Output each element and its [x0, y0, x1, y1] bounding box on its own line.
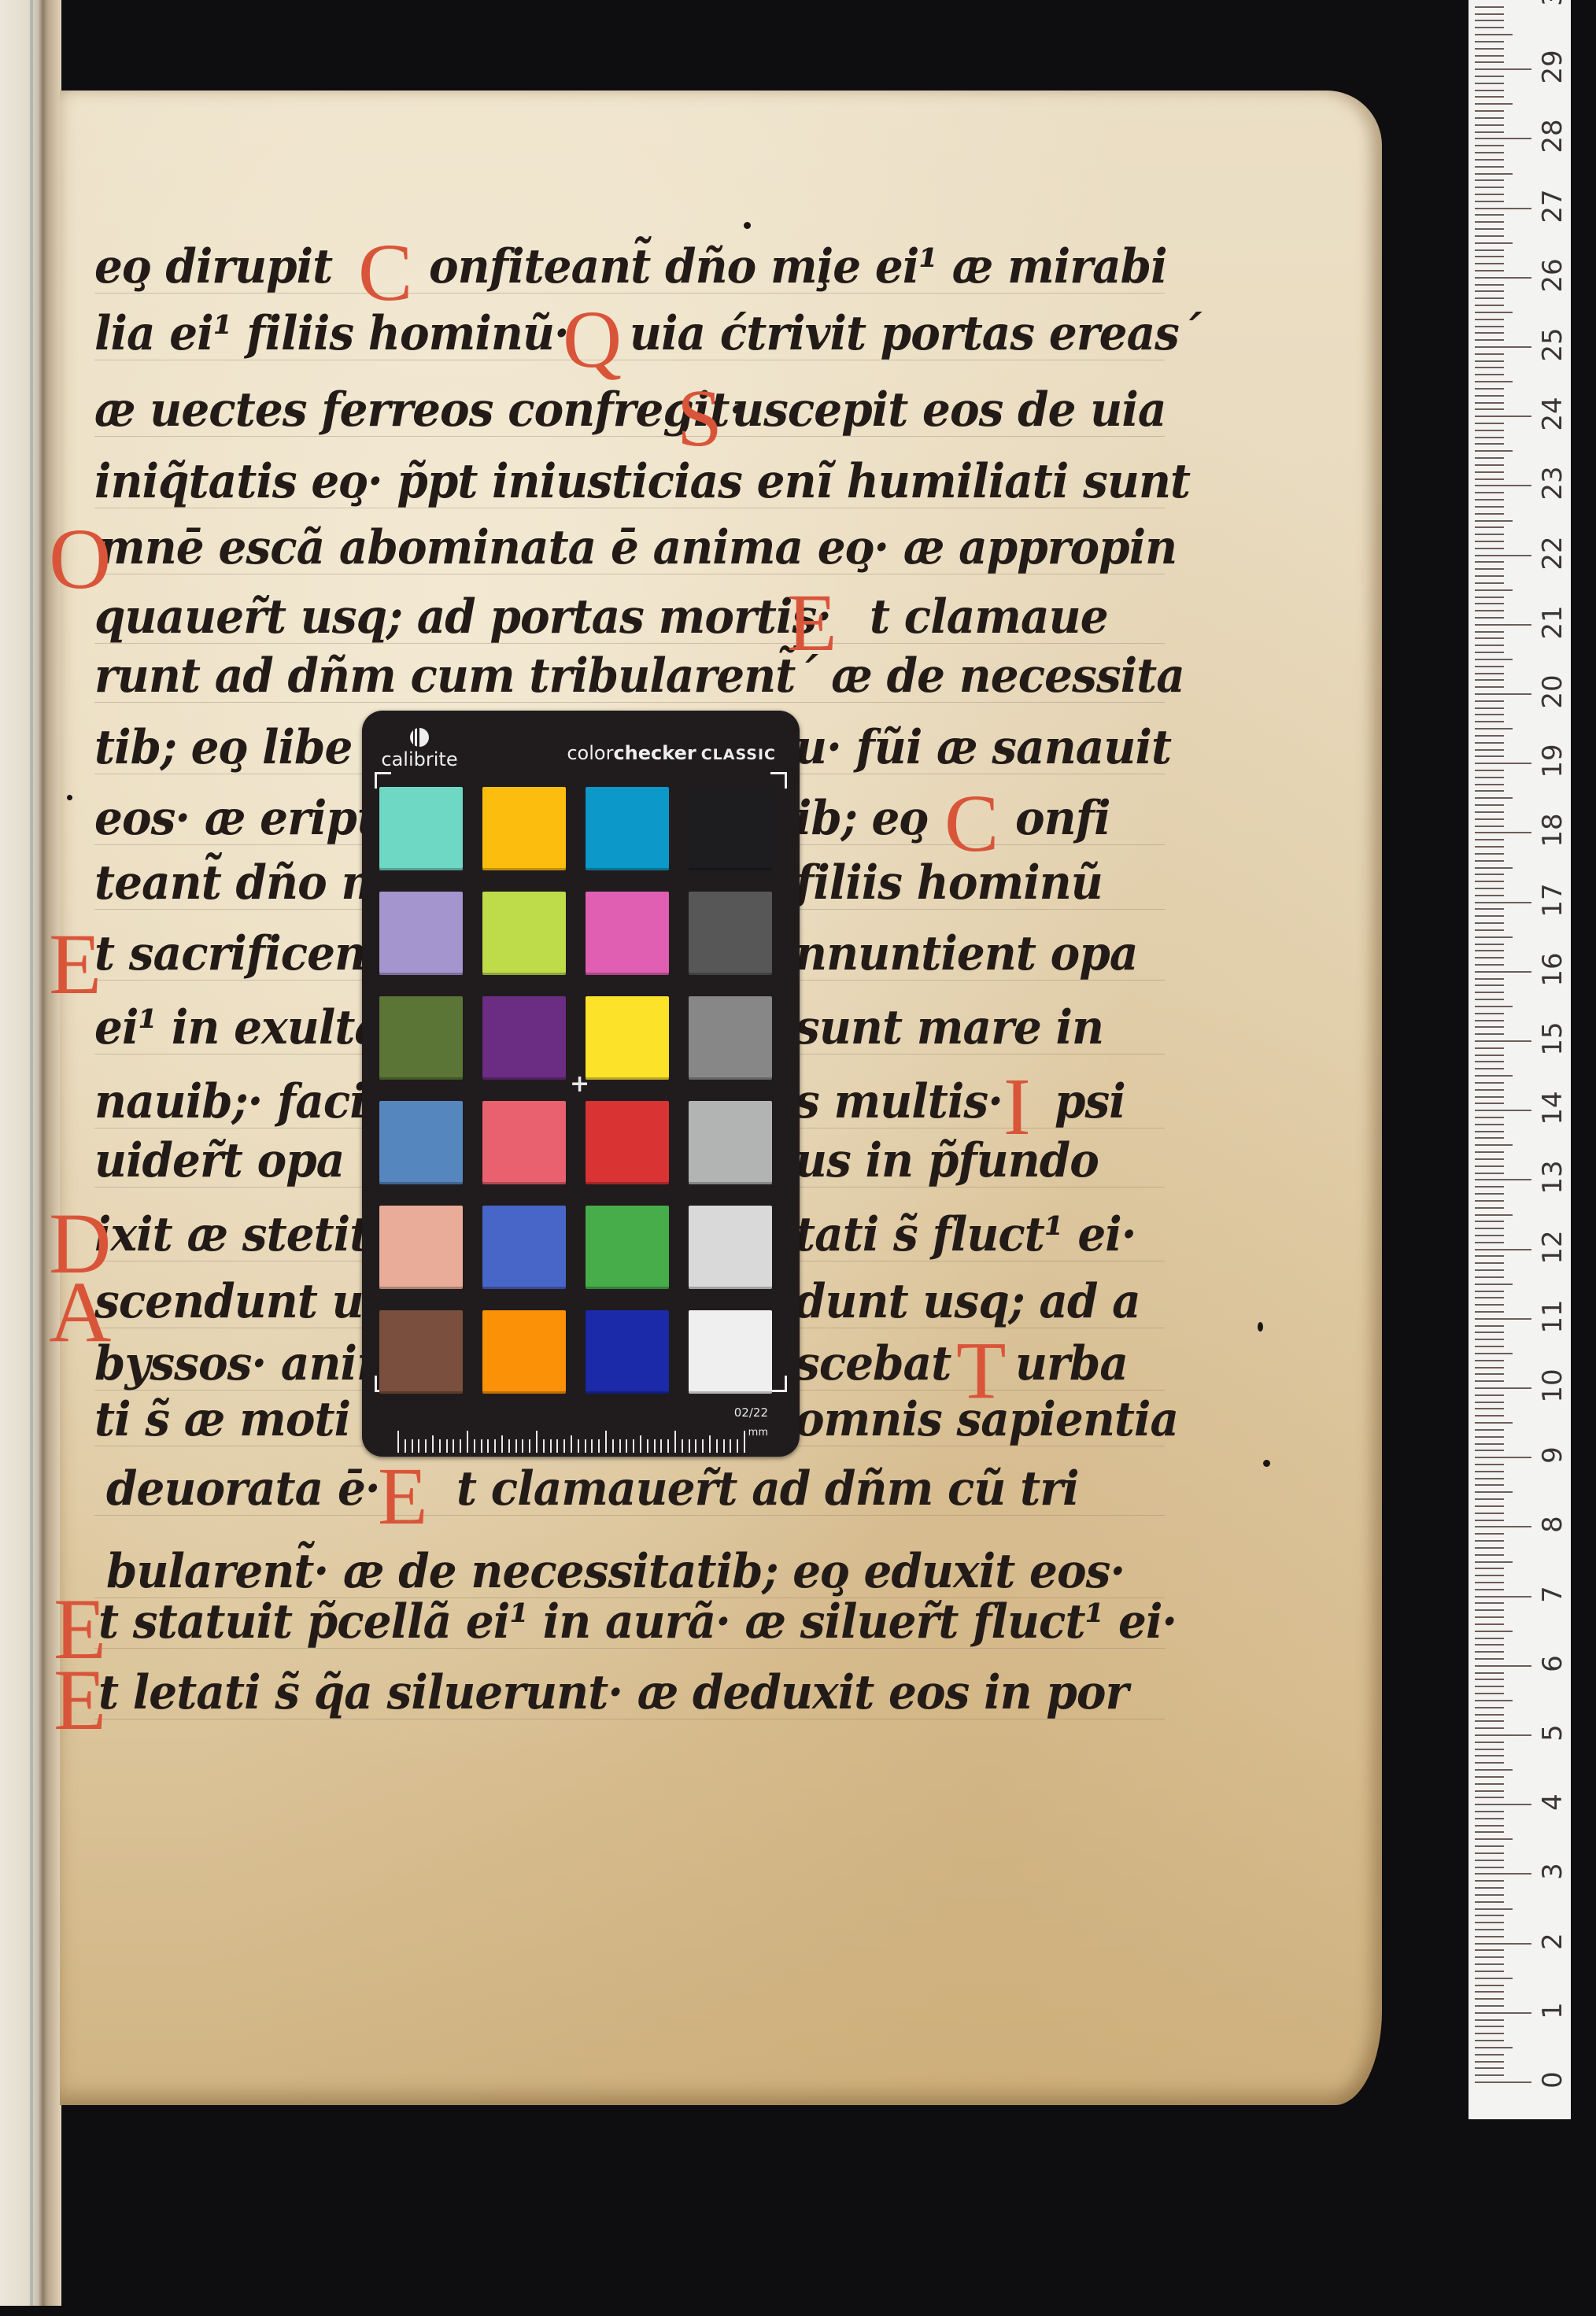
ruler-tick: [1475, 1505, 1504, 1507]
mm-tick: [405, 1439, 406, 1453]
ruler-tick: [1475, 1985, 1504, 1986]
ruler-tick: [1475, 2012, 1531, 2014]
ruler-label: 26: [1537, 256, 1568, 295]
ruler-tick: [1475, 2081, 1531, 2083]
ruler-tick: [1475, 693, 1531, 695]
initial-i: I: [1003, 1066, 1031, 1148]
mm-tick: [508, 1439, 510, 1453]
mm-tick: [460, 1439, 461, 1453]
text-line: psi: [1055, 1074, 1125, 1129]
ruler-tick: [1475, 1513, 1504, 1514]
ruler-tick: [1475, 624, 1531, 626]
color-patch: [586, 787, 669, 870]
ruler-tick: [1475, 999, 1504, 1000]
text-line: onfi: [1015, 791, 1110, 846]
ruler-tick: [1475, 902, 1531, 903]
ruler-label: 16: [1537, 950, 1568, 989]
ruler-tick: [1475, 1484, 1504, 1486]
ruler-tick: [1475, 6, 1504, 8]
ruler-tick: [1475, 1922, 1504, 1923]
ruler-tick: [1475, 1554, 1504, 1556]
ruler-tick: [1475, 1644, 1504, 1646]
ruler-tick: [1475, 575, 1504, 577]
mm-tick: [446, 1439, 448, 1453]
ruler-tick: [1475, 2061, 1504, 2063]
mm-tick: [737, 1439, 738, 1453]
ruler-tick: [1475, 1450, 1504, 1451]
text-line: scebat: [795, 1336, 951, 1391]
color-patch: [482, 892, 566, 975]
ruler-tick: [1475, 1436, 1504, 1438]
ruler-tick: [1475, 1478, 1504, 1479]
ruler-tick: [1475, 416, 1531, 417]
color-patch: [689, 1206, 772, 1289]
ruler-label: 9: [1537, 1435, 1568, 1475]
ruler-label: 21: [1537, 603, 1568, 642]
mm-tick: [453, 1439, 454, 1453]
ruler-tick: [1475, 61, 1504, 63]
ruler-label: 13: [1537, 1158, 1568, 1197]
ruler-tick: [1475, 2019, 1504, 2021]
ruler-tick: [1475, 55, 1504, 57]
mm-tick: [640, 1435, 641, 1453]
ruler-tick: [1475, 1373, 1504, 1375]
ruler-tick: [1475, 1394, 1504, 1396]
ruler-label: 15: [1537, 1019, 1568, 1058]
mm-tick: [585, 1439, 586, 1453]
mm-tick: [591, 1439, 593, 1453]
binding-edge: [30, 0, 33, 2306]
ruler-tick: [1475, 1471, 1504, 1472]
ruler-tick: [1475, 179, 1504, 181]
text-line: sunt mare in: [795, 1000, 1103, 1055]
ruler-tick: [1475, 290, 1504, 292]
card-code: 02/22: [734, 1405, 768, 1420]
ruler-label: 23: [1537, 464, 1568, 503]
text-line: scendunt u: [94, 1274, 364, 1329]
ruler-tick: [1475, 1325, 1504, 1327]
ruler-label: 8: [1537, 1505, 1568, 1544]
initial-e: E: [49, 921, 102, 1007]
ruler-label: 5: [1537, 1713, 1568, 1753]
mm-tick: [647, 1439, 648, 1453]
ruler-tick: [1475, 818, 1504, 820]
ruler-tick: [1475, 1860, 1504, 1861]
ruler-tick: [1475, 631, 1504, 633]
ruler-tick: [1475, 1429, 1504, 1431]
card-title: colorcheckerCLASSIC: [567, 742, 776, 764]
ink-dot: [1258, 1322, 1263, 1332]
ruler-tick: [1475, 1783, 1504, 1785]
ruler-tick: [1475, 1318, 1531, 1320]
mm-tick: [689, 1439, 690, 1453]
ruler-tick: [1475, 110, 1504, 112]
color-patch: [586, 892, 669, 975]
ruler-tick: [1475, 1151, 1504, 1153]
ruler-label: 6: [1537, 1644, 1568, 1683]
ruler-tick: [1475, 874, 1504, 875]
ruler-tick: [1475, 1873, 1531, 1875]
ruler-label: 12: [1537, 1228, 1568, 1267]
ruler-tick: [1475, 957, 1504, 959]
ruler-tick: [1475, 637, 1504, 639]
ruler-tick: [1475, 1249, 1531, 1250]
text-line: uia ćtrivit portas ereas´: [630, 306, 1200, 361]
ruler-tick: [1475, 971, 1531, 973]
ruler-tick: [1475, 388, 1504, 390]
ruler-tick: [1475, 1262, 1504, 1264]
ruler-label: 28: [1537, 116, 1568, 156]
mm-tick: [716, 1439, 718, 1453]
ruler-tick: [1475, 221, 1504, 223]
text-line: s multis·: [795, 1074, 1003, 1129]
ruler-tick: [1475, 811, 1504, 813]
ruler-tick: [1475, 1276, 1504, 1278]
ruler-tick: [1475, 1887, 1504, 1889]
ruler-tick: [1475, 1901, 1504, 1903]
ruler-tick: [1475, 485, 1531, 486]
color-checker-card: calibrite colorcheckerCLASSIC + 02/22 mm: [362, 711, 800, 1457]
ruler-tick: [1475, 1811, 1504, 1812]
mm-tick: [626, 1439, 627, 1453]
ruler-tick: [1475, 1089, 1504, 1091]
ruler-label: 18: [1537, 811, 1568, 850]
ruler-tick: [1475, 305, 1504, 306]
color-patch: [379, 1310, 463, 1394]
ruler-tick: [1475, 1173, 1504, 1174]
ruler-tick: [1475, 2005, 1504, 2007]
text-line: u· fũi æ sanauit: [795, 720, 1171, 775]
ruler-tick: [1475, 166, 1504, 168]
ruler-tick: [1475, 1311, 1504, 1313]
brand-name: calibrite: [381, 748, 457, 770]
mm-tick: [467, 1431, 468, 1453]
ruler-tick: [1475, 68, 1531, 70]
mm-tick: [633, 1439, 634, 1453]
text-line: ixit æ stetit: [94, 1207, 369, 1262]
text-line: æ uectes ferreos confregit·: [94, 382, 744, 438]
ruler-tick: [1475, 1852, 1504, 1854]
mm-tick: [612, 1439, 614, 1453]
ruler-tick: [1475, 1582, 1504, 1583]
mm-tick: [702, 1439, 704, 1453]
ruler-tick: [1475, 124, 1504, 126]
ruler-tick: [1475, 541, 1504, 542]
color-patch: [689, 787, 772, 870]
mm-tick: [619, 1439, 621, 1453]
ruler-tick: [1475, 131, 1504, 133]
ruler-tick: [1475, 1568, 1504, 1569]
mm-tick: [571, 1435, 572, 1453]
ruler-tick: [1475, 1631, 1513, 1632]
ruler-tick: [1475, 1082, 1504, 1084]
mm-tick: [412, 1439, 413, 1453]
ruler-tick: [1475, 534, 1504, 535]
ruler-tick: [1475, 20, 1504, 21]
ruler-tick: [1475, 360, 1504, 362]
mm-tick: [598, 1439, 600, 1453]
ruler-tick: [1475, 138, 1531, 139]
mm-tick: [515, 1439, 517, 1453]
text-line: byssos· anim: [94, 1336, 403, 1391]
initial-s: S: [677, 378, 722, 460]
ruler-tick: [1475, 346, 1531, 348]
ruler-tick: [1475, 1818, 1504, 1819]
text-line: t letati s̃ q̃a siluerunt· æ deduxit eos…: [98, 1665, 1128, 1720]
ruler-tick: [1475, 2074, 1504, 2076]
ruler-tick: [1475, 1131, 1504, 1132]
ruler-tick: [1475, 437, 1504, 438]
ruler-tick: [1475, 735, 1504, 737]
mm-tick: [536, 1431, 538, 1453]
text-line: teant̃ dño m: [94, 855, 387, 911]
ruler-tick: [1475, 2047, 1513, 2048]
mm-tick: [397, 1431, 399, 1453]
ruler-tick: [1475, 1055, 1504, 1056]
ruler-tick: [1475, 1575, 1504, 1576]
mm-label: mm: [748, 1427, 768, 1439]
color-patch: [482, 1206, 566, 1289]
ruler-tick: [1475, 208, 1531, 209]
ruler-tick: [1475, 832, 1531, 833]
ruler-tick: [1475, 936, 1513, 938]
ruler-tick: [1475, 277, 1531, 279]
ruler-tick: [1475, 492, 1504, 493]
ruler-tick: [1475, 1491, 1513, 1493]
text-line: eos· æ eripu: [94, 791, 388, 846]
ruler-label: 22: [1537, 534, 1568, 573]
text-line: quauer̃t usq; ad portas mortis·: [94, 589, 831, 645]
ruler-tick: [1475, 395, 1504, 397]
text-line: t sacrificent: [94, 926, 386, 981]
ruler-tick: [1475, 1686, 1504, 1687]
ruler-tick: [1475, 777, 1504, 778]
initial-e: E: [54, 1657, 106, 1743]
ruler-label: 29: [1537, 47, 1568, 87]
ruler-tick: [1475, 339, 1504, 341]
ruler-tick: [1475, 1804, 1531, 1805]
title-light: color: [567, 742, 613, 764]
text-line: t clamaue: [870, 589, 1108, 645]
ruler-tick: [1475, 1520, 1504, 1521]
color-patch: [689, 1310, 772, 1394]
ruler-tick: [1475, 826, 1504, 827]
ruler-tick: [1475, 1561, 1513, 1563]
ruler-tick: [1475, 1284, 1513, 1285]
ruler-tick: [1475, 1332, 1504, 1333]
color-patch: [379, 892, 463, 975]
ruler-label: 14: [1537, 1088, 1568, 1128]
text-line: bularent̃· æ de necessitatib; eo̧ eduxit…: [106, 1544, 1125, 1599]
text-line: uider̃t opa: [94, 1133, 344, 1188]
ruler-tick: [1475, 860, 1504, 862]
ruler-tick: [1475, 478, 1504, 480]
mm-tick: [578, 1439, 579, 1453]
ruler-tick: [1475, 881, 1504, 882]
color-patch: [586, 996, 669, 1080]
ruler-tick: [1475, 1297, 1504, 1298]
ink-dot: [67, 795, 72, 800]
ruler-tick: [1475, 1755, 1504, 1756]
ruler-tick: [1475, 471, 1504, 473]
mm-tick: [667, 1439, 669, 1453]
mm-tick: [695, 1439, 696, 1453]
mm-tick: [709, 1435, 711, 1453]
title-bold: checker: [613, 742, 696, 764]
ruler-tick: [1475, 2054, 1504, 2056]
color-patch: [586, 1101, 669, 1184]
ruler-tick: [1475, 950, 1504, 951]
ruler-tick: [1475, 1040, 1531, 1042]
ruler-tick: [1475, 1589, 1504, 1590]
ruler-label: 27: [1537, 187, 1568, 226]
ruler-tick: [1475, 915, 1504, 917]
ruler-tick: [1475, 1346, 1504, 1347]
initial-t: T: [956, 1330, 1007, 1412]
ruler-tick: [1475, 187, 1504, 188]
ruler-tick: [1475, 770, 1504, 771]
color-patch: [379, 996, 463, 1080]
ruler-label: 20: [1537, 672, 1568, 711]
ruler-tick: [1475, 173, 1513, 175]
ruler-tick: [1475, 1526, 1531, 1527]
ruler-tick: [1475, 1533, 1504, 1535]
ruler-tick: [1475, 1679, 1504, 1680]
ruler-tick: [1475, 1304, 1504, 1306]
ruler-tick: [1475, 1956, 1504, 1958]
ruler-label: 11: [1537, 1297, 1568, 1336]
initial-o: O: [49, 515, 111, 602]
ruler-tick: [1475, 297, 1504, 299]
ruler-tick: [1475, 895, 1504, 896]
ruler-tick: [1475, 152, 1504, 153]
ruler-tick: [1475, 603, 1504, 604]
ink-dot: [1263, 1460, 1270, 1467]
ruler-tick: [1475, 867, 1513, 869]
color-patch: [482, 996, 566, 1080]
crosshair-icon: +: [570, 1073, 589, 1096]
initial-e: E: [787, 582, 837, 664]
color-patch: [586, 1310, 669, 1394]
ruler-tick: [1475, 256, 1504, 257]
ruler-tick: [1475, 1998, 1504, 2000]
ruler-tick: [1475, 1165, 1504, 1167]
ruler-tick: [1475, 1651, 1504, 1653]
mm-tick: [481, 1439, 482, 1453]
ruler-label: 3: [1537, 0, 1568, 17]
ruler-tick: [1475, 1949, 1504, 1951]
mm-tick: [605, 1431, 607, 1453]
ruler-tick: [1475, 214, 1504, 216]
ruler-label: 4: [1537, 1782, 1568, 1822]
ruler-tick: [1475, 1540, 1504, 1542]
ruler-tick: [1475, 90, 1504, 91]
text-line: uscepit eos de uia: [732, 382, 1166, 438]
ruler-label: 2: [1537, 1922, 1568, 1961]
ruler-tick: [1475, 1214, 1513, 1216]
ruler-tick: [1475, 1714, 1504, 1716]
ruler-tick: [1475, 76, 1504, 77]
mm-tick: [425, 1439, 427, 1453]
ruler-label: 10: [1537, 1366, 1568, 1405]
ruler-tick: [1475, 1228, 1504, 1229]
ruler-tick: [1475, 1013, 1504, 1014]
ruler-tick: [1475, 1915, 1504, 1916]
ruler-tick: [1475, 319, 1504, 320]
ruler-tick: [1475, 457, 1504, 459]
color-patch: [689, 892, 772, 975]
ruler-tick: [1475, 707, 1504, 709]
ruler-tick: [1475, 839, 1504, 840]
mm-tick: [660, 1439, 662, 1453]
ruler-tick: [1475, 2067, 1504, 2069]
mm-tick: [522, 1439, 523, 1453]
ruler-tick: [1475, 201, 1504, 202]
ruler-tick: [1475, 589, 1513, 591]
ruler-tick: [1475, 1638, 1504, 1639]
color-patch: [482, 787, 566, 870]
ruler-tick: [1475, 666, 1504, 667]
mm-tick: [682, 1439, 683, 1453]
ruler-tick: [1475, 1096, 1504, 1098]
mm-tick: [432, 1435, 434, 1453]
ruler-tick: [1475, 984, 1504, 986]
ruler-tick: [1475, 1033, 1504, 1035]
ruler-tick: [1475, 1408, 1504, 1409]
ruler-tick: [1475, 673, 1504, 674]
ruler-tick: [1475, 332, 1504, 334]
ruler-tick: [1475, 1360, 1504, 1361]
ruler-tick: [1475, 1769, 1513, 1771]
ruler-tick: [1475, 284, 1504, 286]
ruler-tick: [1475, 1387, 1531, 1389]
ruler-tick: [1475, 353, 1504, 355]
ruler-tick: [1475, 1831, 1504, 1833]
ruler-tick: [1475, 1991, 1504, 1993]
ruler-tick: [1475, 423, 1504, 424]
ruler-tick: [1475, 700, 1504, 702]
ruler-tick: [1475, 1186, 1504, 1188]
ruler-tick: [1475, 1339, 1504, 1340]
text-line: dunt usq; ad a: [795, 1274, 1140, 1329]
ruler-tick: [1475, 929, 1504, 931]
ruler-tick: [1475, 1734, 1531, 1736]
ruler-tick: [1475, 1235, 1504, 1236]
ruler-tick: [1475, 1908, 1513, 1910]
ruler-tick: [1475, 1402, 1504, 1403]
ruler-tick: [1475, 1291, 1504, 1292]
ruler-tick: [1475, 526, 1504, 528]
ruler-tick: [1475, 1103, 1504, 1104]
ruler-tick: [1475, 381, 1513, 382]
ruler-tick: [1475, 1020, 1504, 1021]
ruler-tick: [1475, 1075, 1513, 1077]
ruler-tick: [1475, 1047, 1504, 1049]
ruler-tick: [1475, 1609, 1504, 1611]
ruler-tick: [1475, 145, 1504, 146]
text-line: t clamauer̃t ad dñm cũ tri: [456, 1461, 1079, 1516]
ruler-tick: [1475, 1963, 1504, 1965]
text-line: ei¹ in exulta: [94, 1000, 382, 1055]
text-line: us in p̃fundo: [795, 1133, 1099, 1188]
ruler-tick: [1475, 13, 1504, 15]
ruler-tick: [1475, 797, 1513, 799]
initial-q: Q: [563, 299, 622, 381]
ruler-tick: [1475, 1443, 1504, 1445]
text-line: onfiteant̃ dño mi̧e ei¹ æ mirabi: [429, 239, 1167, 294]
text-line: tib; eo̧ libe: [94, 720, 352, 775]
mm-tick: [723, 1439, 725, 1453]
